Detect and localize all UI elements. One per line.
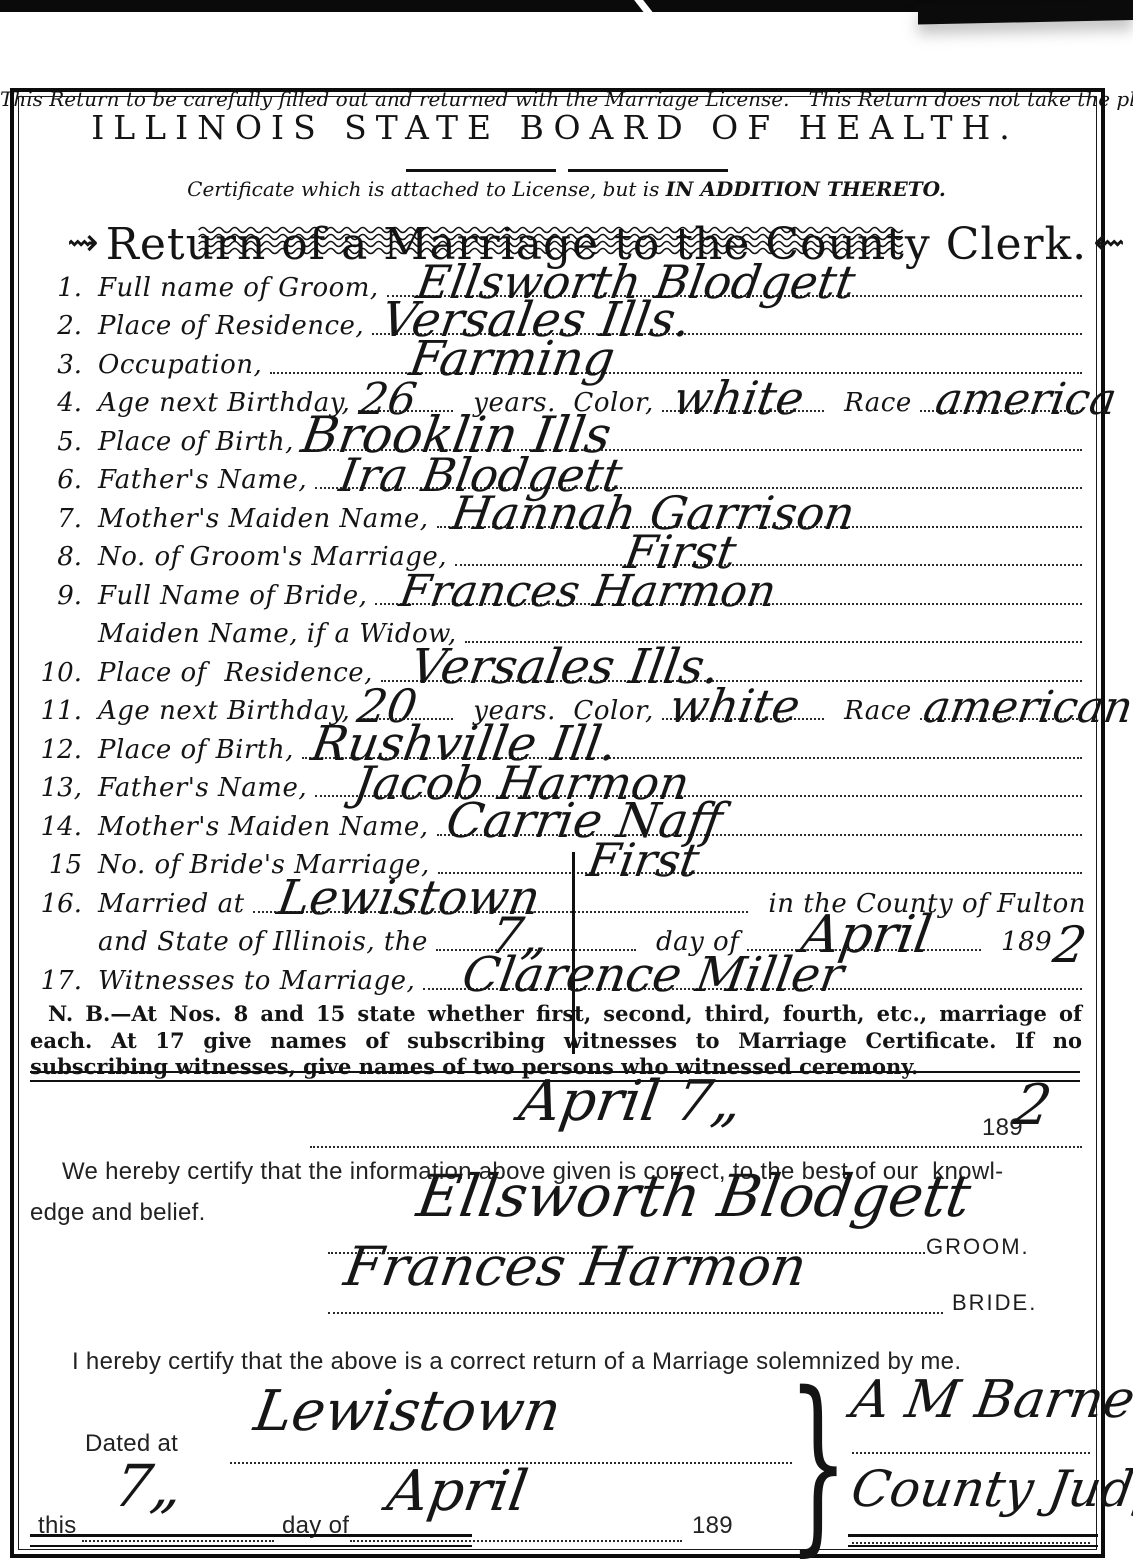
row-label: Father's Name,	[98, 773, 307, 805]
handwritten-occupation: Farming	[407, 339, 618, 380]
judge-signature: A M Barnett	[849, 1378, 1133, 1422]
row-label: Place of Residence,	[98, 311, 364, 343]
scan-edge-corner	[918, 0, 1133, 25]
row-witnesses: 17. Witnesses to Marriage, Clarence Mill…	[30, 959, 1086, 998]
row-number: 12.	[30, 735, 82, 767]
row-label: Place of Residence,	[98, 658, 373, 690]
handwritten-cert-date: April 7„	[516, 1078, 745, 1126]
dotted-line: Frances Harmon	[375, 602, 1082, 605]
row-label: Father's Name,	[98, 465, 307, 497]
row-number: 14.	[30, 812, 82, 844]
groom-signature: Ellsworth Blodgett	[414, 1172, 974, 1221]
dotted-line: america	[920, 409, 1082, 412]
row-number: 15	[30, 850, 82, 882]
row-number: 6.	[30, 465, 82, 497]
row-number: 7.	[30, 504, 82, 536]
row-label: Full Name of Bride,	[98, 581, 367, 613]
scanned-marriage-return-document: This Return to be carefully filled out a…	[0, 0, 1133, 1560]
dotted-line: Clarence Miller	[423, 987, 1082, 990]
handwritten-cert-year-digit: 2	[1011, 1082, 1054, 1130]
bottom-rule-right	[848, 1534, 1098, 1547]
cert-statement-line-2: edge and belief.	[30, 1199, 206, 1227]
right-flourish-icon: ⇜	[1087, 220, 1132, 264]
dated-year-printed: 189	[692, 1512, 733, 1540]
row-label: Full name of Groom,	[98, 273, 379, 305]
row-bride-marriage-no: 15 No. of Bride's Marriage, First	[30, 844, 1086, 883]
row-label: and State of Illinois, the	[98, 927, 428, 959]
judge-title: County Judge	[849, 1468, 1133, 1511]
row-label: Race	[844, 696, 912, 728]
row-number: 16.	[30, 889, 82, 921]
handwritten-bride-color: white	[667, 687, 803, 726]
row-bride-mother: 14. Mother's Maiden Name, Carrie Naff	[30, 805, 1086, 844]
handwritten-groom-race: america	[933, 381, 1119, 418]
row-occupation: 3. Occupation, Farming	[30, 343, 1086, 382]
curly-brace: }	[788, 1368, 848, 1558]
row-number: 8.	[30, 542, 82, 574]
row-number: 13,	[30, 773, 82, 805]
row-label: Race	[844, 388, 912, 420]
row-number: 1.	[30, 273, 82, 305]
year-printed-label: 189	[1001, 927, 1052, 959]
row-label: Occupation,	[98, 350, 262, 382]
handwritten-bride-race: american	[921, 689, 1133, 726]
row-label: Place of Birth,	[98, 427, 294, 459]
row-label: Place of Birth,	[98, 735, 294, 767]
row-label: Age next Birthday,	[98, 696, 350, 728]
bride-signature: Frances Harmon	[341, 1244, 809, 1290]
bride-label: BRIDE.	[952, 1290, 1037, 1316]
row-label: Mother's Maiden Name,	[98, 812, 429, 844]
groom-label: GROOM.	[926, 1234, 1030, 1260]
handwritten-bride-marriage-no: First	[585, 841, 702, 880]
row-number: 9.	[30, 581, 82, 613]
row-number: 10.	[30, 658, 82, 690]
row-number: 17.	[30, 966, 82, 998]
row-number: 11.	[30, 696, 82, 728]
row-label: Witnesses to Marriage,	[98, 966, 415, 998]
row-number: 5.	[30, 427, 82, 459]
handwritten-dated-at: Lewistown	[251, 1388, 564, 1436]
handwritten-groom-color: white	[671, 379, 807, 418]
dotted-line: american	[920, 717, 1082, 720]
row-label: Married at	[98, 889, 245, 921]
row-label: Mother's Maiden Name,	[98, 504, 429, 536]
dotted-line: Carrie Naff	[437, 833, 1082, 836]
wavy-rule-ornament	[196, 226, 908, 256]
dotted-line: white	[662, 409, 824, 412]
row-label: Maiden Name, if a Widow,	[98, 619, 457, 651]
dotted-line: white	[662, 717, 824, 720]
row-number: 4.	[30, 388, 82, 420]
row-number: 3.	[30, 350, 82, 382]
row-number: 2.	[30, 311, 82, 343]
row-label: No. of Groom's Marriage,	[98, 542, 447, 574]
left-flourish-icon: ⇝	[61, 220, 106, 264]
agency-title: ILLINOIS STATE BOARD OF HEALTH.	[20, 108, 1090, 147]
numbered-form: 1. Full name of Groom, Ellsworth Blodget…	[30, 266, 1086, 998]
handwritten-witnesses: Clarence Miller	[460, 955, 847, 996]
handwritten-dated-month: April	[384, 1468, 530, 1516]
row-groom-mother: 7. Mother's Maiden Name, Hannah Garrison	[30, 497, 1086, 536]
row-bride-name: 9. Full Name of Bride, Frances Harmon	[30, 574, 1086, 613]
dotted-line: Hannah Garrison	[437, 525, 1082, 528]
bottom-rule-left	[30, 1534, 472, 1547]
handwritten-dated-day: 7„	[111, 1462, 186, 1511]
handwritten-bride-name: Frances Harmon	[397, 573, 779, 610]
